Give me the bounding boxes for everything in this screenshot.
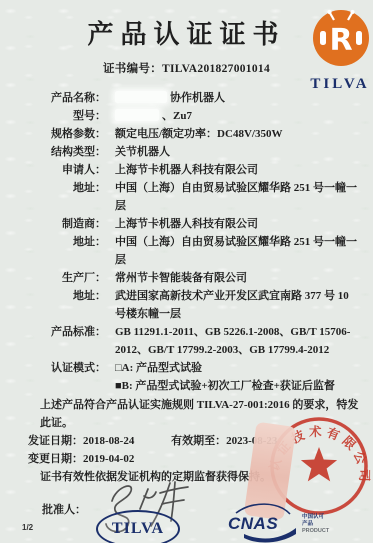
field-value-text: 武进国家高新技术产业开发区武宜南路 377 号 10 号楼东幢一层: [115, 287, 357, 323]
cnas-text: CNAS: [228, 514, 278, 533]
robot-logo-icon: R: [305, 8, 373, 70]
field-label: 申请人：: [28, 161, 106, 179]
tilva-oval-text: TILVA: [112, 520, 164, 538]
certification-mode-option-b: ■B: 产品型式试验+初次工厂检查+获证后监督: [115, 377, 357, 395]
field-row-specs: 规格参数： 额定电压/额定功率：DC48V/350W: [28, 125, 357, 143]
approver-label: 批准人：: [42, 504, 86, 516]
certificate-number-value: TILVA201827001014: [162, 63, 270, 75]
brand-logo-text: TILVA: [299, 76, 373, 93]
cnas-mark-icon: CNAS: [226, 502, 298, 543]
field-row-applicant: 申请人： 上海节卡机器人科技有限公司: [28, 161, 357, 179]
field-row-model: 型号： 、Zu7: [28, 107, 357, 125]
change-date-value: 2019-04-02: [83, 453, 134, 465]
field-row-factory-address: 地址： 武进国家高新技术产业开发区武宜南路 377 号 10 号楼东幢一层: [28, 287, 357, 323]
field-label: 地址：: [28, 233, 106, 269]
cnas-logo: CNAS 中国认可 产品 PRODUCT: [226, 502, 329, 543]
field-label: 产品标准：: [28, 323, 106, 359]
field-value-text: 上海节卡机器人科技有限公司: [115, 161, 357, 179]
field-label: 型号：: [28, 107, 106, 125]
field-row-factory: 生产厂： 常州节卡智能装备有限公司: [28, 269, 357, 287]
field-value-text: 中国（上海）自由贸易试验区耀华路 251 号一幢一层: [115, 233, 357, 269]
field-label: 产品名称：: [28, 89, 106, 107]
field-value-text: 上海节卡机器人科技有限公司: [115, 215, 357, 233]
cnas-side-line-product-en: PRODUCT: [302, 528, 329, 535]
tilva-oval-logo: TILVA: [96, 510, 180, 543]
redaction-blur: [115, 109, 159, 121]
field-value-text: 常州节卡智能装备有限公司: [115, 269, 357, 287]
brand-logo: R TILVA: [299, 8, 373, 93]
field-value-text: 协作机器人: [170, 92, 225, 104]
field-label: 规格参数：: [28, 125, 106, 143]
cnas-side-line-product-cn: 产品: [302, 521, 329, 528]
field-label: 认证模式：: [28, 359, 106, 395]
cnas-side-text: 中国认可 产品 PRODUCT: [302, 514, 329, 535]
field-row-product-standards: 产品标准： GB 11291.1-2011、GB 5226.1-2008、GB/…: [28, 323, 357, 359]
cnas-side-line-cn: 中国认可: [302, 514, 329, 521]
field-value: 、Zu7: [115, 107, 357, 125]
seal-star-icon: [301, 447, 337, 481]
redaction-blur: [115, 91, 167, 103]
field-row-manufacturer-address: 地址： 中国（上海）自由贸易试验区耀华路 251 号一幢一层: [28, 233, 357, 269]
field-label: 地址：: [28, 179, 106, 215]
field-label: 结构类型：: [28, 143, 106, 161]
field-value-text: 关节机器人: [115, 143, 357, 161]
issue-date-value: 2018-08-24: [83, 435, 134, 447]
certification-mode-option-a: □A: 产品型式试验: [115, 359, 357, 377]
certificate-number-label: 证书编号：: [103, 63, 162, 75]
field-row-applicant-address: 地址： 中国（上海）自由贸易试验区耀华路 251 号一幢一层: [28, 179, 357, 215]
field-value-text: 、Zu7: [162, 110, 192, 122]
field-label: 地址：: [28, 287, 106, 323]
field-row-manufacturer: 制造商： 上海节卡机器人科技有限公司: [28, 215, 357, 233]
field-label: 制造商：: [28, 215, 106, 233]
change-date-label: 变更日期：: [28, 453, 83, 465]
field-value-text: GB 11291.1-2011、GB 5226.1-2008、GB/T 1570…: [115, 323, 357, 359]
page-number: 1/2: [22, 523, 33, 532]
field-value-text: 中国（上海）自由贸易试验区耀华路 251 号一幢一层: [115, 179, 357, 215]
field-value-text: 额定电压/额定功率：DC48V/350W: [115, 125, 357, 143]
field-row-structure-type: 结构类型： 关节机器人: [28, 143, 357, 161]
logo-letter: R: [329, 23, 352, 58]
field-row-certification-mode: 认证模式： □A: 产品型式试验 ■B: 产品型式试验+初次工厂检查+获证后监督: [28, 359, 357, 395]
field-label: 生产厂：: [28, 269, 106, 287]
issue-date-label: 发证日期：: [28, 435, 83, 447]
certification-mode-options: □A: 产品型式试验 ■B: 产品型式试验+初次工厂检查+获证后监督: [115, 359, 357, 395]
valid-until-label: 有效期至：: [171, 435, 226, 447]
certificate-fields: 产品名称： 协作机器人 型号： 、Zu7 规格参数： 额定电压/额定功率：DC4…: [28, 89, 357, 395]
